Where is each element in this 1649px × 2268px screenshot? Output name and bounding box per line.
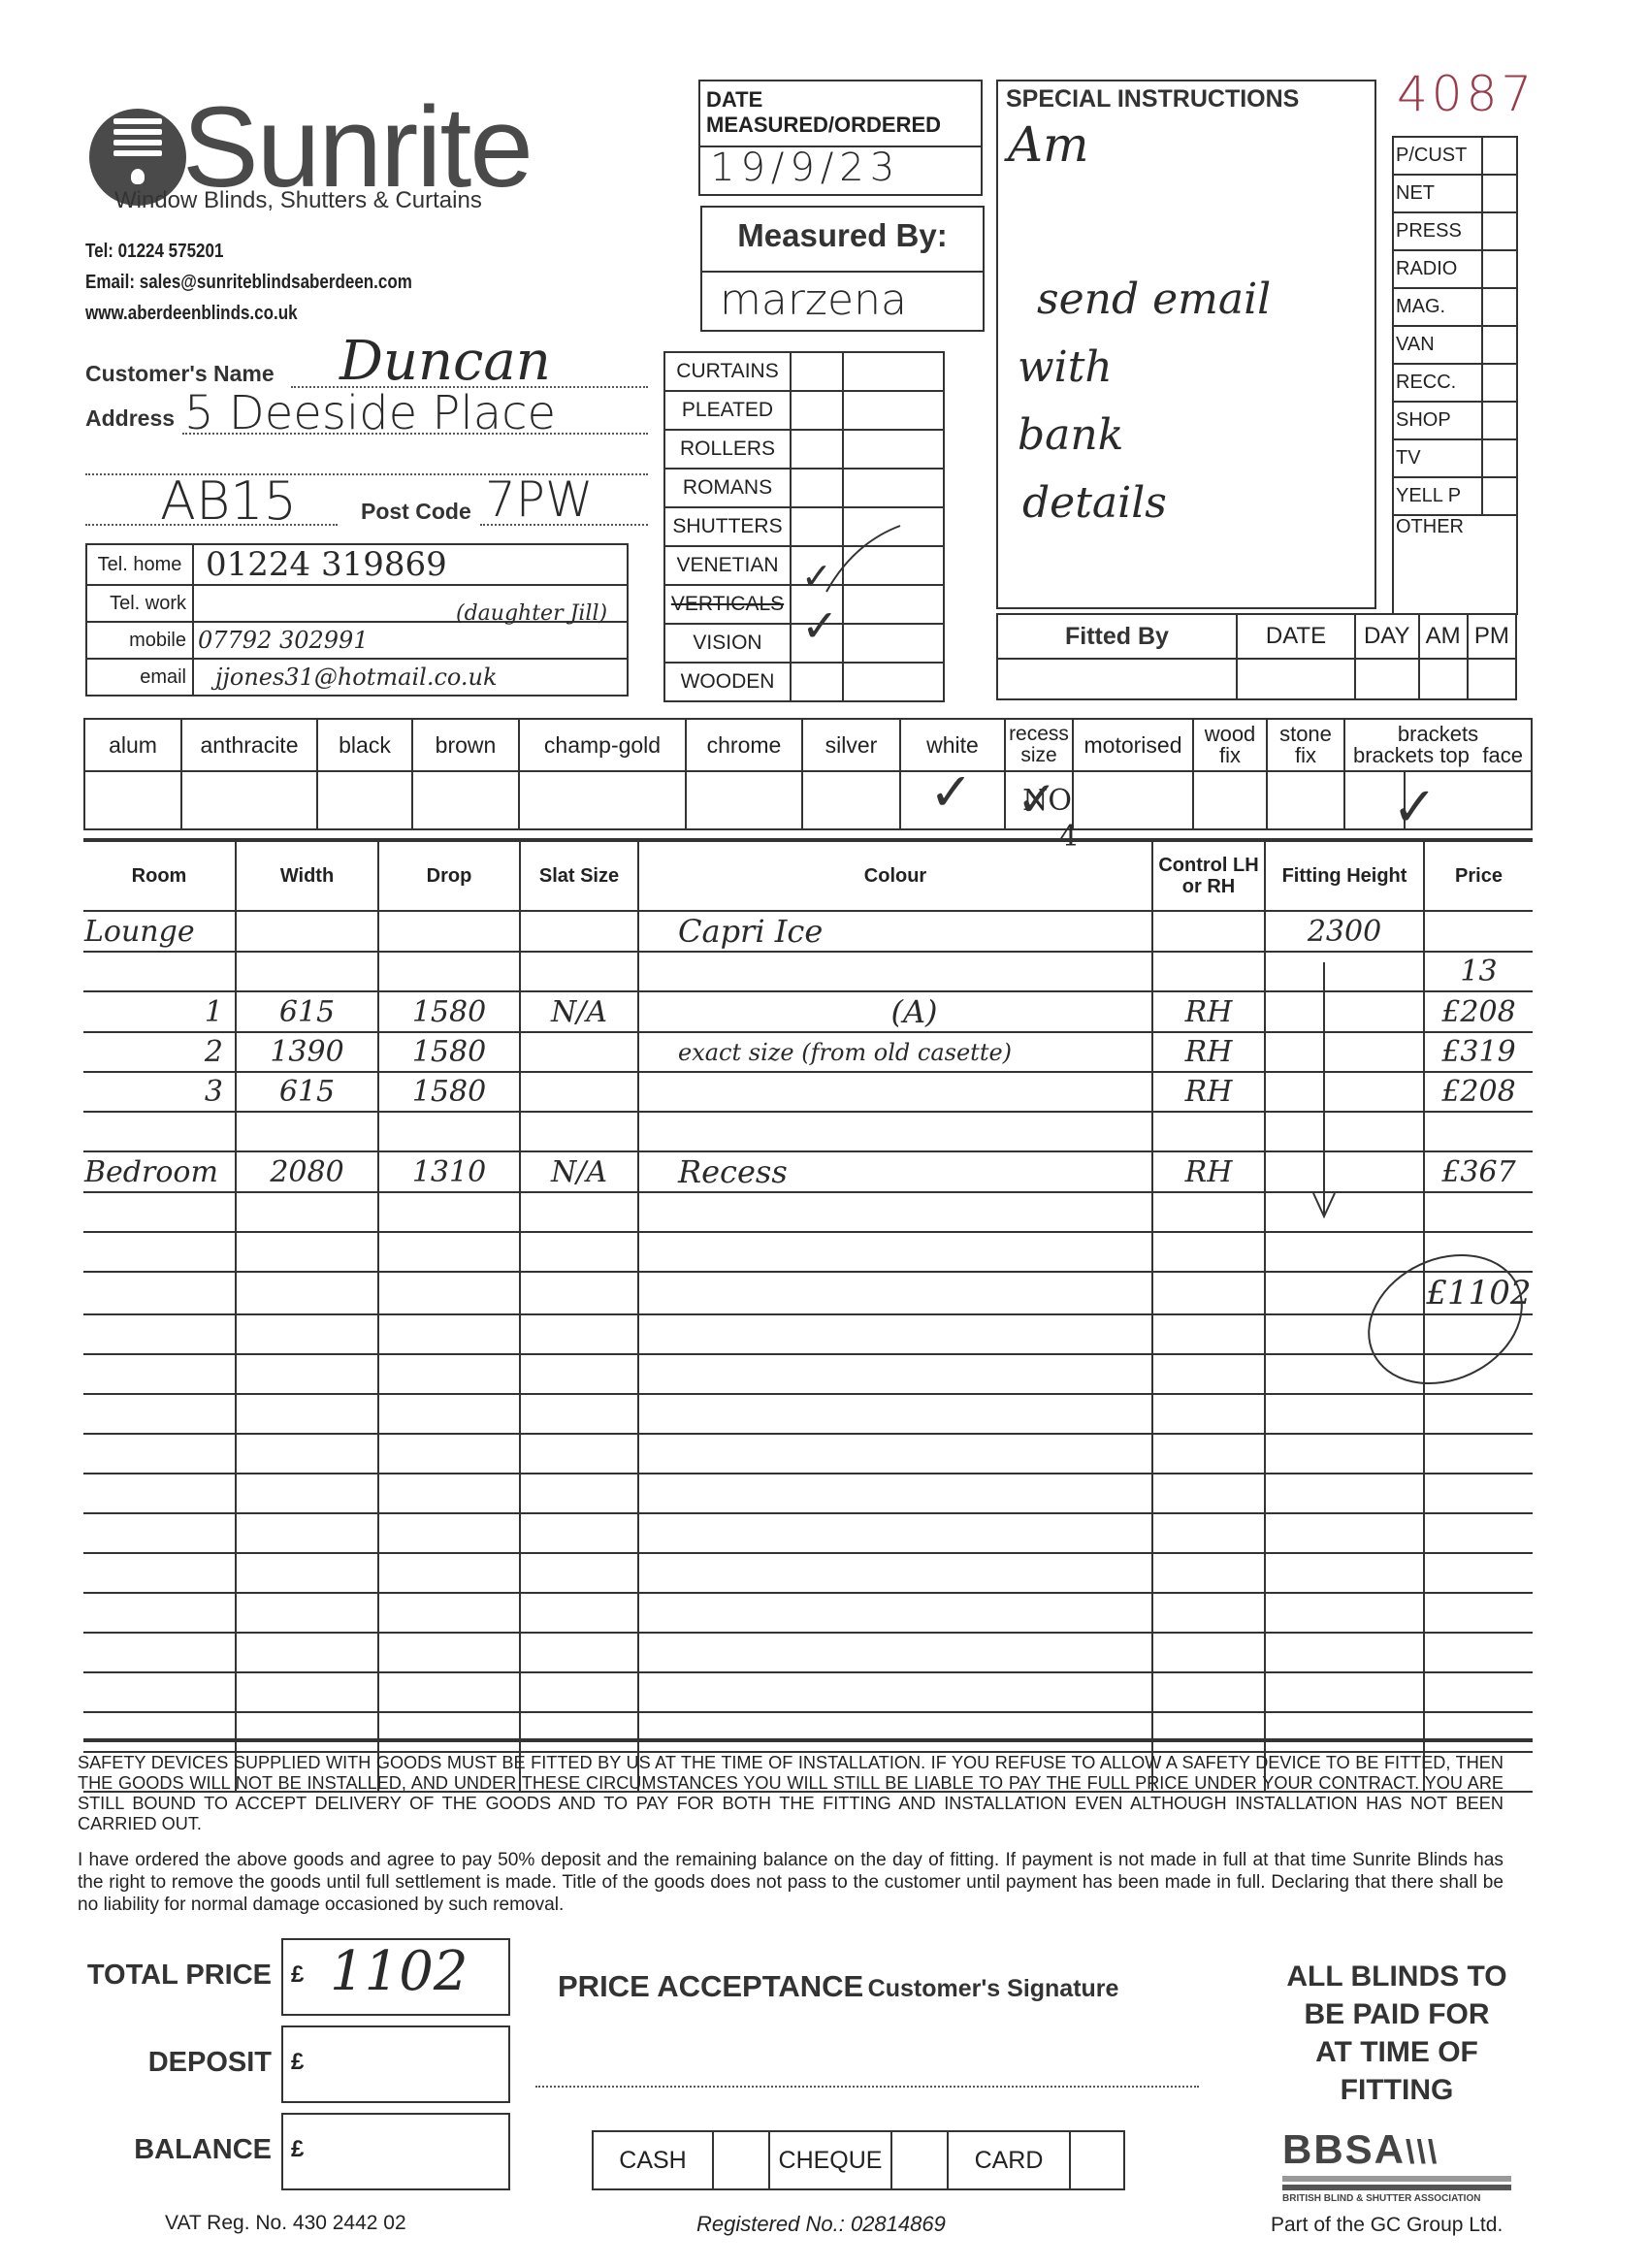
- table-row: [83, 1354, 1533, 1394]
- product-check-rollers[interactable]: [791, 430, 843, 469]
- product-check-pleated[interactable]: [791, 391, 843, 430]
- cell-room[interactable]: Bedroom: [83, 1151, 236, 1192]
- customer-signature-label: Customer's Signature: [868, 1975, 1119, 2002]
- cell-width[interactable]: [236, 1314, 378, 1354]
- cell-drop[interactable]: [378, 1593, 520, 1633]
- cell-price[interactable]: [1424, 1394, 1533, 1434]
- cell-drop[interactable]: 1580: [378, 1032, 520, 1072]
- cell-drop[interactable]: [378, 1232, 520, 1272]
- total-price-field[interactable]: £ 1102: [281, 1938, 510, 2016]
- deposit-field[interactable]: £: [281, 2025, 510, 2103]
- cell-control[interactable]: [1152, 1553, 1265, 1593]
- col-control: Control LH or RH: [1152, 842, 1265, 911]
- vision-checkmark-icon: ✓: [801, 599, 839, 652]
- cell-width[interactable]: [236, 911, 378, 952]
- table-row: [83, 1633, 1533, 1672]
- cell-control[interactable]: [1152, 1232, 1265, 1272]
- cell-colour[interactable]: [638, 1553, 1152, 1593]
- cell-room[interactable]: [83, 1513, 236, 1553]
- cell-price[interactable]: [1424, 1553, 1533, 1593]
- source-row: RADIO: [1393, 250, 1517, 288]
- cell-price[interactable]: [1424, 1434, 1533, 1474]
- contact-row-mobile: mobile 07792 302991 (daughter Jill): [86, 622, 628, 659]
- options-header-row: alum anthracite black brown champ-gold c…: [84, 719, 1532, 771]
- cell-width[interactable]: [236, 1434, 378, 1474]
- cell-control[interactable]: [1152, 1192, 1265, 1232]
- option-check-chrome[interactable]: [686, 771, 802, 829]
- measured-by-box: Measured By: marzena: [700, 206, 985, 332]
- cell-slat-size[interactable]: [520, 1513, 638, 1553]
- cell-fitting-height[interactable]: [1265, 952, 1424, 991]
- postcode-field[interactable]: 7PW: [485, 471, 593, 528]
- notice-line: AT TIME OF: [1251, 2033, 1542, 2071]
- cell-price[interactable]: [1424, 1712, 1533, 1752]
- tel-home-label: Tel. home: [86, 544, 193, 585]
- email-label: email: [86, 659, 193, 696]
- cell-price[interactable]: [1424, 1192, 1533, 1232]
- cell-slat-size[interactable]: N/A: [520, 1151, 638, 1192]
- mobile-field[interactable]: 07792 302991 (daughter Jill): [193, 622, 628, 659]
- cell-room[interactable]: [83, 1192, 236, 1232]
- bbsa-full-name: BRITISH BLIND & SHUTTER ASSOCIATION: [1282, 2193, 1511, 2204]
- cell-slat-size[interactable]: [520, 1633, 638, 1672]
- cell-fitting-height[interactable]: [1265, 1513, 1424, 1553]
- contact-row-home: Tel. home 01224 319869: [86, 544, 628, 585]
- fitted-day-label: DAY: [1355, 614, 1419, 659]
- product-label-verticals: VERTICALS: [664, 585, 791, 624]
- cell-drop[interactable]: [378, 911, 520, 952]
- product-notes-wooden[interactable]: [843, 663, 944, 701]
- cell-fitting-height[interactable]: [1265, 1032, 1424, 1072]
- product-check-curtains[interactable]: [791, 352, 843, 391]
- cell-drop[interactable]: [378, 1712, 520, 1752]
- cell-slat-size[interactable]: [520, 1314, 638, 1354]
- source-label-press: PRESS: [1393, 212, 1482, 250]
- cell-control[interactable]: [1152, 1112, 1265, 1151]
- cell-slat-size[interactable]: [520, 1232, 638, 1272]
- cell-room[interactable]: [83, 1474, 236, 1513]
- vat-reg-number: VAT Reg. No. 430 2442 02: [165, 2212, 406, 2235]
- payment-cheque-label: CHEQUE: [769, 2131, 891, 2189]
- cell-width[interactable]: [236, 1112, 378, 1151]
- source-row: PRESS: [1393, 212, 1517, 250]
- source-check-pcust[interactable]: [1482, 137, 1517, 175]
- cell-room[interactable]: [83, 1232, 236, 1272]
- cell-slat-size[interactable]: [520, 1072, 638, 1112]
- source-other-field[interactable]: OTHER: [1393, 515, 1517, 614]
- cell-colour[interactable]: Capri Ice: [638, 911, 1152, 952]
- cell-control[interactable]: [1152, 1354, 1265, 1394]
- venetian-long-tick-icon: [824, 524, 902, 601]
- source-check-press[interactable]: [1482, 212, 1517, 250]
- address-label: Address: [85, 405, 175, 432]
- deposit-label: DEPOSIT: [78, 2047, 272, 2079]
- col-colour: Colour: [638, 842, 1152, 911]
- fitted-am-field[interactable]: [1419, 659, 1468, 699]
- special-instructions-label: SPECIAL INSTRUCTIONS: [1006, 85, 1299, 113]
- cell-price[interactable]: £367: [1424, 1151, 1533, 1192]
- option-label-motorised: motorised: [1073, 719, 1193, 771]
- total-price-label: TOTAL PRICE: [78, 1960, 272, 1992]
- cell-width[interactable]: [236, 1633, 378, 1672]
- cell-width[interactable]: [236, 1232, 378, 1272]
- contact-row-email: email jjones31@hotmail.co.uk: [86, 659, 628, 696]
- cell-control[interactable]: RH: [1152, 1032, 1265, 1072]
- cell-price[interactable]: £319: [1424, 1032, 1533, 1072]
- cell-slat-size[interactable]: [520, 1032, 638, 1072]
- option-label-brown: brown: [412, 719, 519, 771]
- cell-width[interactable]: 2080: [236, 1151, 378, 1192]
- cell-price[interactable]: £208: [1424, 991, 1533, 1032]
- cell-slat-size[interactable]: [520, 1474, 638, 1513]
- cell-slat-size[interactable]: [520, 1672, 638, 1712]
- cell-slat-size[interactable]: [520, 1434, 638, 1474]
- source-row-other: OTHER: [1393, 515, 1517, 614]
- col-width: Width: [236, 842, 378, 911]
- option-label-black: black: [317, 719, 412, 771]
- cell-room[interactable]: [83, 1593, 236, 1633]
- fitting-height-arrow-icon: [1309, 960, 1339, 1222]
- cell-fitting-height[interactable]: [1265, 1112, 1424, 1151]
- payment-card-check[interactable]: [1070, 2131, 1124, 2189]
- company-tagline: Window Blinds, Shutters & Curtains: [114, 187, 482, 214]
- cell-price[interactable]: [1424, 1593, 1533, 1633]
- product-label-vision: VISION: [664, 624, 791, 663]
- option-check-brown[interactable]: [412, 771, 519, 829]
- option-label-champ-gold: champ-gold: [519, 719, 686, 771]
- option-check-champ-gold[interactable]: [519, 771, 686, 829]
- cell-room[interactable]: [83, 1112, 236, 1151]
- product-row: PLEATED: [664, 391, 944, 430]
- cell-control[interactable]: RH: [1152, 991, 1265, 1032]
- measured-by-field[interactable]: marzena: [720, 275, 907, 325]
- postcode-label: Post Code: [361, 499, 471, 525]
- cell-room[interactable]: [83, 1272, 236, 1314]
- cell-colour[interactable]: [638, 1712, 1152, 1752]
- cell-fitting-height[interactable]: [1265, 1593, 1424, 1633]
- cell-fitting-height[interactable]: [1265, 1394, 1424, 1434]
- cell-colour[interactable]: [638, 1354, 1152, 1394]
- source-row: MAG.: [1393, 288, 1517, 326]
- option-check-anthracite[interactable]: [181, 771, 317, 829]
- cell-control[interactable]: [1152, 1672, 1265, 1712]
- cell-drop[interactable]: [378, 1434, 520, 1474]
- cell-drop[interactable]: 1580: [378, 991, 520, 1032]
- tel-home-field[interactable]: 01224 319869: [193, 544, 628, 585]
- special-instructions-text[interactable]: send email with bank details: [1037, 266, 1271, 537]
- cell-colour[interactable]: [638, 1072, 1152, 1112]
- cell-width[interactable]: [236, 1474, 378, 1513]
- cell-control[interactable]: RH: [1152, 1151, 1265, 1192]
- cell-room[interactable]: 1: [83, 991, 236, 1032]
- cell-price[interactable]: £208: [1424, 1072, 1533, 1112]
- cell-price[interactable]: [1424, 1672, 1533, 1712]
- cell-fitting-height[interactable]: [1265, 1553, 1424, 1593]
- cell-width[interactable]: [236, 1513, 378, 1553]
- cell-drop[interactable]: [378, 1112, 520, 1151]
- source-check-recc[interactable]: [1482, 364, 1517, 402]
- cell-slat-size[interactable]: [520, 911, 638, 952]
- cell-control[interactable]: [1152, 1272, 1265, 1314]
- cell-width[interactable]: 615: [236, 1072, 378, 1112]
- product-check-wooden[interactable]: [791, 663, 843, 701]
- cell-drop[interactable]: [378, 952, 520, 991]
- source-row: RECC.: [1393, 364, 1517, 402]
- cell-drop[interactable]: 1310: [378, 1151, 520, 1192]
- date-label-line1: DATE: [706, 87, 941, 113]
- source-row: SHOP: [1393, 402, 1517, 439]
- cell-colour[interactable]: Recess: [638, 1151, 1152, 1192]
- cell-room[interactable]: Lounge: [83, 911, 236, 952]
- cell-fitting-height[interactable]: [1265, 1072, 1424, 1112]
- date-field[interactable]: 19/9/23: [710, 146, 900, 190]
- instruction-line: details: [1022, 470, 1271, 537]
- product-notes-pleated[interactable]: [843, 391, 944, 430]
- company-website: www.aberdeenblinds.co.uk: [85, 303, 298, 325]
- cell-colour[interactable]: [638, 1633, 1152, 1672]
- cell-colour[interactable]: (A): [638, 991, 1152, 1032]
- table-row: [83, 1394, 1533, 1434]
- total-currency: £: [291, 1961, 304, 1989]
- product-check-romans[interactable]: [791, 469, 843, 507]
- cell-room[interactable]: [83, 1354, 236, 1394]
- product-notes-curtains[interactable]: [843, 352, 944, 391]
- source-check-tv[interactable]: [1482, 439, 1517, 477]
- cell-colour[interactable]: [638, 1474, 1152, 1513]
- payment-cash-check[interactable]: [713, 2131, 769, 2189]
- cell-room[interactable]: 3: [83, 1072, 236, 1112]
- cell-drop[interactable]: 1580: [378, 1072, 520, 1112]
- mobile-note: (daughter Jill): [456, 603, 621, 625]
- source-label-net: NET: [1393, 175, 1482, 212]
- source-label-tv: TV: [1393, 439, 1482, 477]
- cell-colour[interactable]: [638, 1434, 1152, 1474]
- cell-drop[interactable]: [378, 1394, 520, 1434]
- product-notes-vision[interactable]: [843, 624, 944, 663]
- option-check-wood-fix[interactable]: [1193, 771, 1267, 829]
- cell-price[interactable]: [1424, 1633, 1533, 1672]
- cell-room[interactable]: [83, 1712, 236, 1752]
- product-row: CURTAINS: [664, 352, 944, 391]
- cell-slat-size[interactable]: [520, 1112, 638, 1151]
- cell-control[interactable]: RH: [1152, 1072, 1265, 1112]
- cell-drop[interactable]: [378, 1672, 520, 1712]
- cell-colour[interactable]: [638, 1112, 1152, 1151]
- product-label-curtains: CURTAINS: [664, 352, 791, 391]
- cell-drop[interactable]: [378, 1272, 520, 1314]
- product-label-rollers: ROLLERS: [664, 430, 791, 469]
- special-instructions-box: SPECIAL INSTRUCTIONS Am send email with …: [996, 80, 1376, 609]
- option-check-stone-fix[interactable]: [1267, 771, 1344, 829]
- special-instructions-initials: Am: [1008, 116, 1089, 173]
- cell-width[interactable]: [236, 1192, 378, 1232]
- cell-price[interactable]: [1424, 1474, 1533, 1513]
- cell-slat-size[interactable]: [520, 1192, 638, 1232]
- source-check-net[interactable]: [1482, 175, 1517, 212]
- cell-colour[interactable]: exact size (from old casette): [638, 1032, 1152, 1072]
- date-box: DATE MEASURED/ORDERED 19/9/23: [698, 80, 983, 196]
- cell-slat-size[interactable]: [520, 1272, 638, 1314]
- pull-cord-icon: [131, 169, 145, 184]
- payment-method-table: CASH CHEQUE CARD: [592, 2130, 1125, 2190]
- source-check-van[interactable]: [1482, 326, 1517, 364]
- cell-fitting-height[interactable]: [1265, 1672, 1424, 1712]
- cell-colour[interactable]: [638, 1513, 1152, 1553]
- cell-room[interactable]: [83, 1394, 236, 1434]
- cell-slat-size[interactable]: [520, 1394, 638, 1434]
- cell-room[interactable]: [83, 1672, 236, 1712]
- cell-room[interactable]: [83, 1314, 236, 1354]
- registered-number: Registered No.: 02814869: [696, 2212, 946, 2237]
- cell-width[interactable]: [236, 1354, 378, 1394]
- source-row: NET: [1393, 175, 1517, 212]
- cell-control[interactable]: [1152, 1712, 1265, 1752]
- cell-price[interactable]: [1424, 911, 1533, 952]
- cell-slat-size[interactable]: [520, 1712, 638, 1752]
- cell-colour[interactable]: [638, 1232, 1152, 1272]
- cell-control[interactable]: [1152, 1394, 1265, 1434]
- bbsa-stripe-1: [1282, 2176, 1511, 2182]
- cell-width[interactable]: 615: [236, 991, 378, 1032]
- brackets-sublabels: brackets top face: [1345, 745, 1531, 766]
- mobile-label: mobile: [86, 622, 193, 659]
- cell-width[interactable]: [236, 1593, 378, 1633]
- cell-control[interactable]: [1152, 1513, 1265, 1553]
- company-tel: Tel: 01224 575201: [85, 241, 223, 263]
- cell-width[interactable]: [236, 1272, 378, 1314]
- balance-field[interactable]: £: [281, 2113, 510, 2190]
- cell-width[interactable]: [236, 1712, 378, 1752]
- cell-drop[interactable]: [378, 1192, 520, 1232]
- cell-width[interactable]: [236, 1394, 378, 1434]
- mobile-value: 07792 302991: [198, 627, 369, 654]
- cell-control[interactable]: [1152, 1434, 1265, 1474]
- cell-slat-size[interactable]: [520, 1593, 638, 1633]
- cell-fitting-height[interactable]: [1265, 1192, 1424, 1232]
- customer-signature-field[interactable]: [535, 2086, 1199, 2088]
- cell-control[interactable]: [1152, 1633, 1265, 1672]
- product-label-pleated: PLEATED: [664, 391, 791, 430]
- cell-room[interactable]: [83, 1553, 236, 1593]
- options-value-row: NO: [84, 771, 1532, 829]
- option-check-motorised[interactable]: [1073, 771, 1193, 829]
- product-notes-rollers[interactable]: [843, 430, 944, 469]
- cell-drop[interactable]: [378, 1474, 520, 1513]
- email-field[interactable]: jjones31@hotmail.co.uk: [193, 659, 628, 696]
- source-check-yellp[interactable]: [1482, 477, 1517, 515]
- source-check-radio[interactable]: [1482, 250, 1517, 288]
- cell-slat-size[interactable]: [520, 952, 638, 991]
- cell-colour[interactable]: [638, 952, 1152, 991]
- cell-colour[interactable]: [638, 1593, 1152, 1633]
- cell-fitting-height[interactable]: 2300: [1265, 911, 1424, 952]
- cell-width[interactable]: [236, 1672, 378, 1712]
- table-row: [83, 1474, 1533, 1513]
- cell-fitting-height[interactable]: [1265, 1633, 1424, 1672]
- fitted-pm-field[interactable]: [1468, 659, 1516, 699]
- cell-fitting-height[interactable]: [1265, 991, 1424, 1032]
- cell-colour[interactable]: [638, 1314, 1152, 1354]
- notice-line: ALL BLINDS TO: [1251, 1958, 1542, 1995]
- cell-fitting-height[interactable]: [1265, 1474, 1424, 1513]
- cell-width[interactable]: 1390: [236, 1032, 378, 1072]
- customer-name-field[interactable]: Duncan: [339, 330, 551, 393]
- option-check-silver[interactable]: [802, 771, 900, 829]
- source-table: P/CUST NET PRESS RADIO MAG. VAN RECC. SH…: [1392, 136, 1518, 615]
- brackets-heading: brackets: [1345, 724, 1531, 745]
- postcode-prefix-field[interactable]: AB15: [160, 470, 297, 532]
- cell-control[interactable]: [1152, 1593, 1265, 1633]
- balance-label: BALANCE: [78, 2134, 272, 2166]
- product-notes-romans[interactable]: [843, 469, 944, 507]
- table-row: [83, 1553, 1533, 1593]
- cell-control[interactable]: [1152, 911, 1265, 952]
- cell-slat-size[interactable]: N/A: [520, 991, 638, 1032]
- cell-fitting-height[interactable]: [1265, 1712, 1424, 1752]
- source-check-mag[interactable]: [1482, 288, 1517, 326]
- option-label-stone-fix: stone fix: [1267, 719, 1344, 771]
- cell-colour[interactable]: [638, 1192, 1152, 1232]
- table-bottom-rule: [83, 1738, 1533, 1742]
- cell-slat-size[interactable]: [520, 1354, 638, 1394]
- cell-price[interactable]: [1424, 1513, 1533, 1553]
- cell-room[interactable]: 2: [83, 1032, 236, 1072]
- cell-price[interactable]: 13: [1424, 952, 1533, 991]
- option-check-alum[interactable]: [84, 771, 181, 829]
- cell-price[interactable]: [1424, 1112, 1533, 1151]
- fitted-by-field[interactable]: [997, 659, 1237, 699]
- table-row: [83, 1434, 1533, 1474]
- cell-fitting-height[interactable]: [1265, 1151, 1424, 1192]
- table-row: [83, 1232, 1533, 1272]
- product-label-wooden: WOODEN: [664, 663, 791, 701]
- agreement-terms: I have ordered the above goods and agree…: [78, 1849, 1503, 1916]
- cell-width[interactable]: [236, 952, 378, 991]
- fitted-date-field[interactable]: [1237, 659, 1355, 699]
- source-check-shop[interactable]: [1482, 402, 1517, 439]
- table-row: [83, 1672, 1533, 1712]
- cell-drop[interactable]: [378, 1553, 520, 1593]
- cell-room[interactable]: [83, 1434, 236, 1474]
- instruction-line: send email: [1037, 266, 1271, 334]
- cell-colour[interactable]: [638, 1672, 1152, 1712]
- cell-colour[interactable]: [638, 1272, 1152, 1314]
- fitted-am-label: AM: [1419, 614, 1468, 659]
- cell-room[interactable]: [83, 1633, 236, 1672]
- col-slat-size: Slat Size: [520, 842, 638, 911]
- payment-cheque-check[interactable]: [891, 2131, 948, 2189]
- cell-control[interactable]: [1152, 952, 1265, 991]
- fitted-day-field[interactable]: [1355, 659, 1419, 699]
- cell-width[interactable]: [236, 1553, 378, 1593]
- option-check-black[interactable]: [317, 771, 412, 829]
- address-field[interactable]: 5 Deeside Place: [184, 386, 556, 440]
- price-acceptance-heading: PRICE ACCEPTANCE Customer's Signature: [558, 1969, 1118, 2004]
- safety-terms: SAFETY DEVICES SUPPLIED WITH GOODS MUST …: [78, 1752, 1503, 1833]
- cell-colour[interactable]: [638, 1394, 1152, 1434]
- cell-drop[interactable]: [378, 1354, 520, 1394]
- cell-control[interactable]: [1152, 1314, 1265, 1354]
- cell-fitting-height[interactable]: [1265, 1434, 1424, 1474]
- cell-drop[interactable]: [378, 1314, 520, 1354]
- cell-room[interactable]: [83, 952, 236, 991]
- cell-drop[interactable]: [378, 1633, 520, 1672]
- cell-control[interactable]: [1152, 1474, 1265, 1513]
- product-label-shutters: SHUTTERS: [664, 507, 791, 546]
- table-row: [83, 1314, 1533, 1354]
- cell-slat-size[interactable]: [520, 1553, 638, 1593]
- cell-drop[interactable]: [378, 1513, 520, 1553]
